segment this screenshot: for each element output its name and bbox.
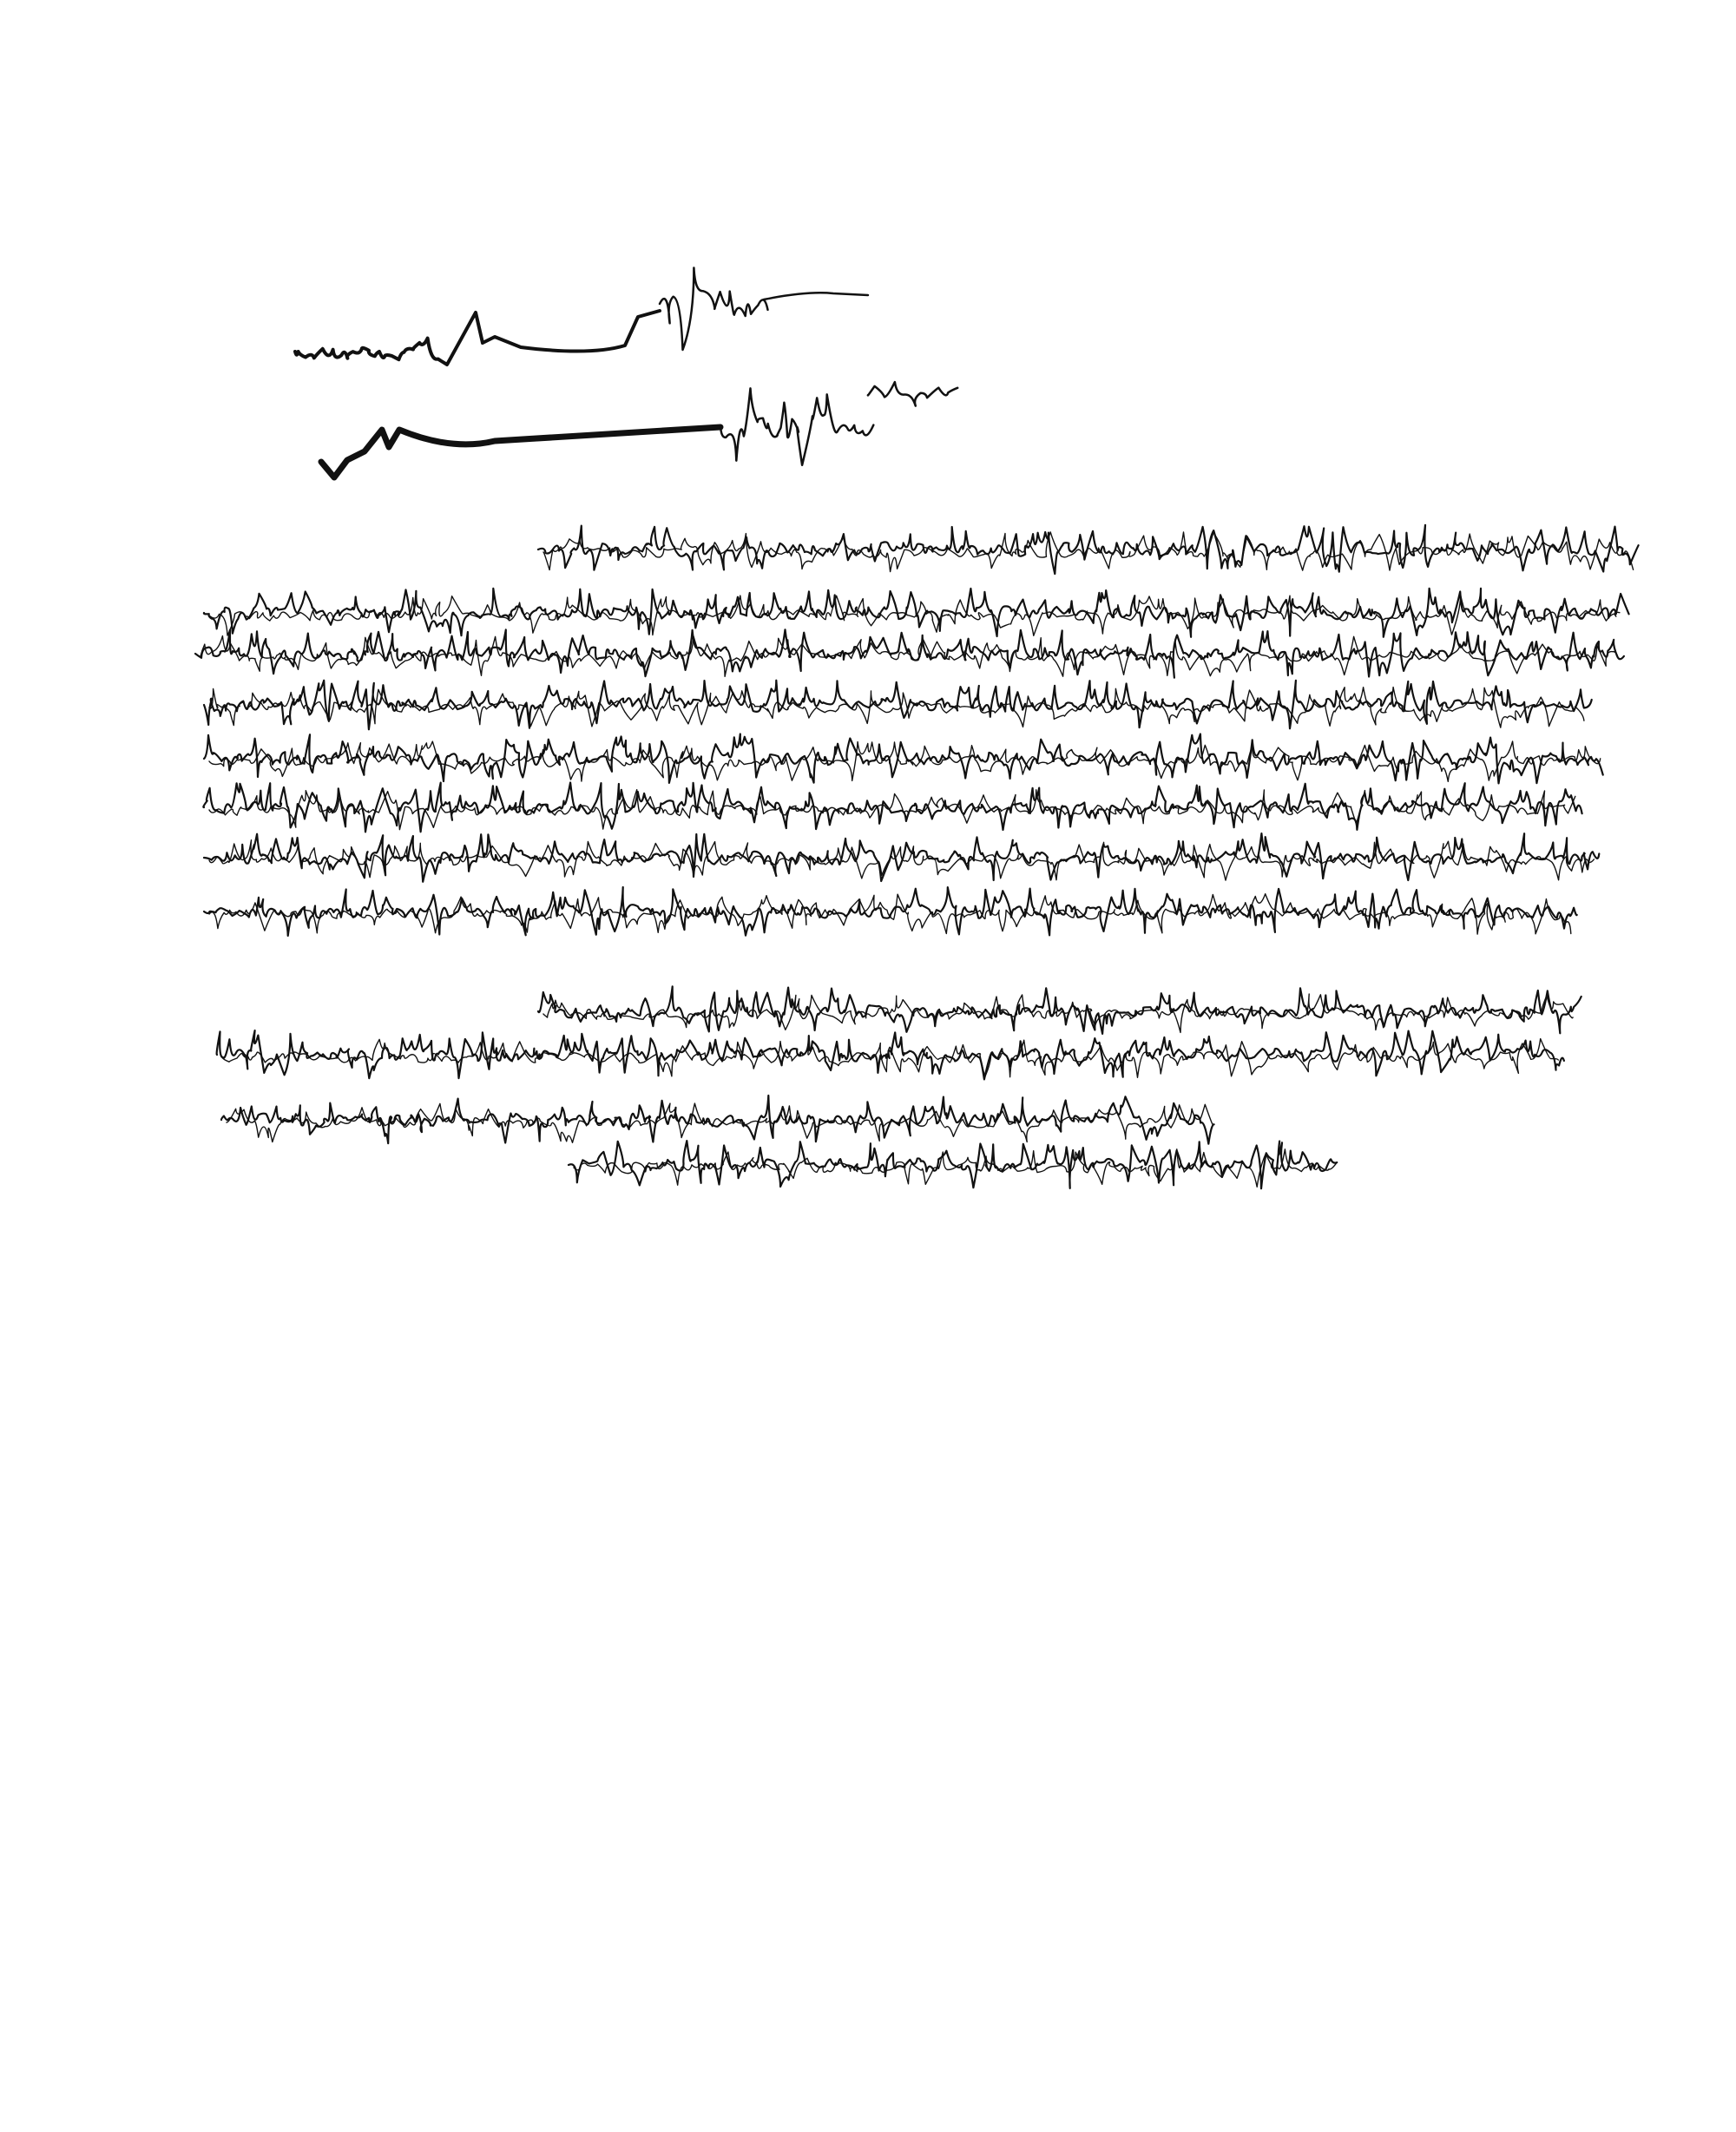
title-scribble-tail (764, 293, 868, 299)
paragraph-scribble-line (204, 681, 1592, 730)
paragraph-scribble-overlay (209, 688, 1584, 728)
paragraph-scribble-overlay (543, 994, 1573, 1032)
title-scribble-line (321, 427, 720, 477)
paragraph-scribble-line (217, 1030, 1564, 1079)
paragraph-scribble-lines (195, 525, 1639, 1188)
title-scribble-lines (295, 268, 957, 478)
title-scribble-tail (868, 382, 957, 406)
title-scribble-tangle (720, 388, 873, 464)
paragraph-scribble-line (221, 1096, 1214, 1144)
paragraph-scribble-line (569, 1141, 1337, 1188)
title-scribble-line (295, 311, 660, 365)
scribble-canvas (0, 0, 1736, 2132)
paragraph-scribble-overlay (201, 636, 1618, 677)
paragraph-scribble-line (538, 525, 1639, 574)
paragraph-scribble-line (538, 986, 1581, 1034)
title-scribble-knot (660, 268, 768, 351)
paragraph-scribble-line (203, 783, 1581, 832)
